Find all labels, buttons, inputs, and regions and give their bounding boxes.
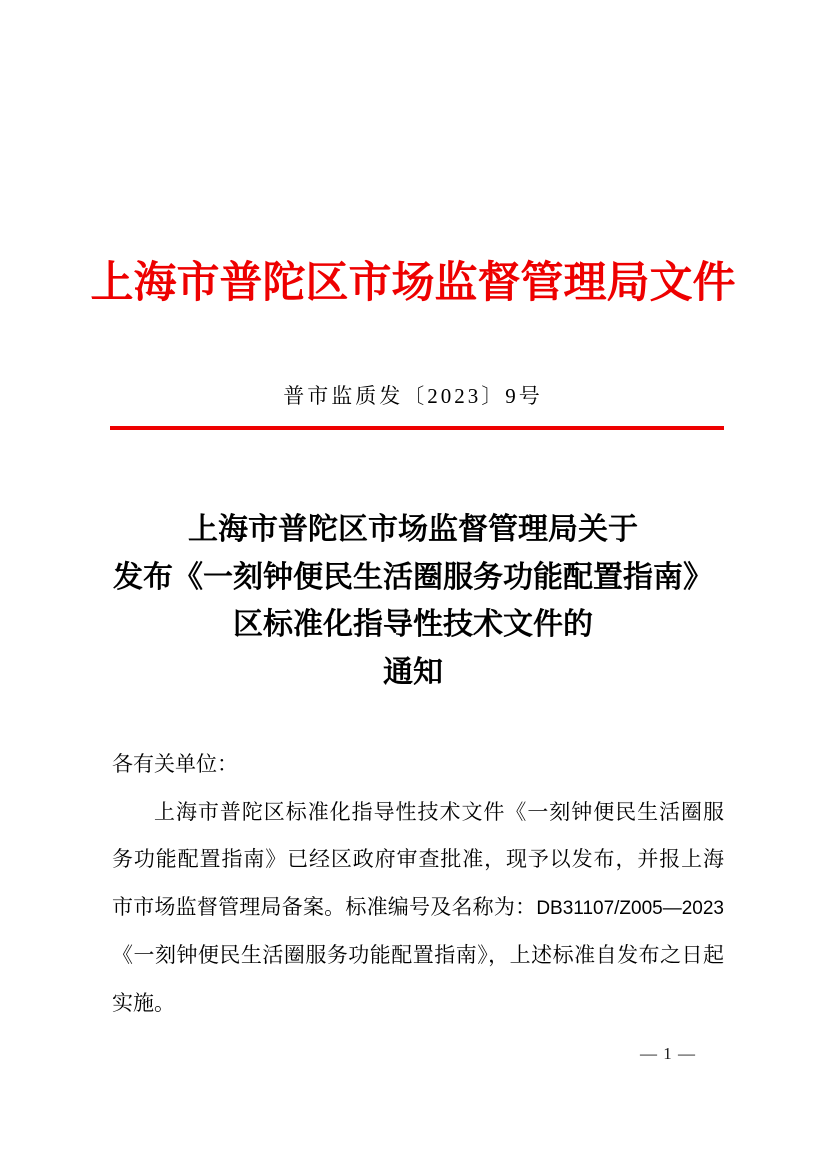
body-line-4: 《一刻钟便民生活圈服务功能配置指南》，上述标准自发布之日起 <box>112 932 724 980</box>
salutation: 各有关单位： <box>112 741 724 789</box>
body-line-2: 务功能配置指南》已经区政府审查批准，现予以发布，并报上海 <box>112 836 724 884</box>
body-line-3: 市市场监督管理局备案。标准编号及名称为：DB31107/Z005—2023 <box>112 884 724 933</box>
body-line-5: 实施。 <box>112 980 724 1028</box>
red-divider-line <box>110 426 724 430</box>
notice-title-line-4: 通知 <box>0 649 826 697</box>
notice-body: 各有关单位： 上海市普陀区标准化指导性技术文件《一刻钟便民生活圈服 务功能配置指… <box>112 741 724 1027</box>
notice-title-line-1: 上海市普陀区市场监督管理局关于 <box>0 506 826 554</box>
notice-title-line-3: 区标准化指导性技术文件的 <box>0 601 826 649</box>
notice-title-line-2: 发布《一刻钟便民生活圈服务功能配置指南》 <box>0 554 826 602</box>
document-page: 上海市普陀区市场监督管理局文件 普市监质发〔2023〕9号 上海市普陀区市场监督… <box>0 0 826 1169</box>
standard-code: DB31107/Z005—2023 <box>536 898 724 919</box>
page-number: — 1 — <box>640 1044 696 1064</box>
document-number: 普市监质发〔2023〕9号 <box>0 380 826 410</box>
body-line-3-text: 市市场监督管理局备案。标准编号及名称为： <box>112 895 536 919</box>
notice-title: 上海市普陀区市场监督管理局关于 发布《一刻钟便民生活圈服务功能配置指南》 区标准… <box>0 506 826 696</box>
body-line-1: 上海市普陀区标准化指导性技术文件《一刻钟便民生活圈服 <box>112 789 724 837</box>
agency-title: 上海市普陀区市场监督管理局文件 <box>0 258 826 310</box>
